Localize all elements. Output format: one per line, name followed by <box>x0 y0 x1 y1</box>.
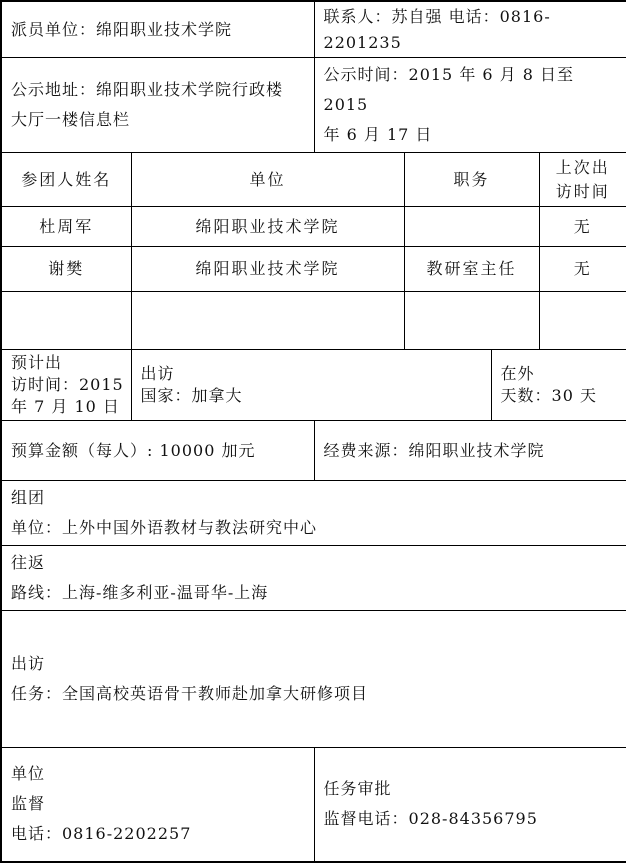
member-name: 谢樊 <box>1 247 131 292</box>
member-position <box>404 292 539 350</box>
sender-unit-cell: 派员单位：绵阳职业技术学院 <box>1 1 314 58</box>
member-unit: 绵阳职业技术学院 <box>131 207 404 247</box>
member-row <box>1 292 626 350</box>
member-header-unit: 单位 <box>131 153 404 207</box>
budget-cell: 预算金额（每人）: 10000 加元 <box>1 421 314 481</box>
member-name: 杜周军 <box>1 207 131 247</box>
country-cell: 出访 国家：加拿大 <box>131 350 491 421</box>
row-notice-info: 公示地址：绵阳职业技术学院行政楼 大厅一楼信息栏 公示时间：2015 年 6 月… <box>1 58 626 153</box>
member-unit <box>131 292 404 350</box>
member-row: 谢樊 绵阳职业技术学院 教研室主任 无 <box>1 247 626 292</box>
member-header-position: 职务 <box>404 153 539 207</box>
row-organizer: 组团 单位：上外中国外语教材与教法研究中心 <box>1 481 626 546</box>
member-header-name: 参团人姓名 <box>1 153 131 207</box>
days-abroad-cell: 在外 天数：30 天 <box>491 350 626 421</box>
planned-date-cell: 预计出 访时间：2015 年 7 月 10 日 <box>1 350 131 421</box>
member-header-last-visit: 上次出 访时间 <box>539 153 626 207</box>
member-last-visit: 无 <box>539 207 626 247</box>
row-sender-contact: 派员单位：绵阳职业技术学院 联系人：苏自强 电话：0816-2201235 <box>1 1 626 58</box>
notice-time-cell: 公示时间：2015 年 6 月 8 日至 2015 年 6 月 17 日 <box>314 58 626 153</box>
row-budget: 预算金额（每人）: 10000 加元 经费来源：绵阳职业技术学院 <box>1 421 626 481</box>
route-cell: 往返 路线：上海-维多利亚-温哥华-上海 <box>1 546 626 611</box>
member-position <box>404 207 539 247</box>
notice-address-cell: 公示地址：绵阳职业技术学院行政楼 大厅一楼信息栏 <box>1 58 314 153</box>
member-last-visit: 无 <box>539 247 626 292</box>
member-position: 教研室主任 <box>404 247 539 292</box>
member-header-row: 参团人姓名 单位 职务 上次出 访时间 <box>1 153 626 207</box>
organizer-cell: 组团 单位：上外中国外语教材与教法研究中心 <box>1 481 626 546</box>
member-row: 杜周军 绵阳职业技术学院 无 <box>1 207 626 247</box>
unit-supervision-phone-cell: 单位 监督 电话：0816-2202257 <box>1 748 314 862</box>
row-trip-schedule: 预计出 访时间：2015 年 7 月 10 日 出访 国家：加拿大 在外 天数：… <box>1 350 626 421</box>
member-unit: 绵阳职业技术学院 <box>131 247 404 292</box>
member-name <box>1 292 131 350</box>
funding-source-cell: 经费来源：绵阳职业技术学院 <box>314 421 626 481</box>
approval-supervision-phone-cell: 任务审批 监督电话：028-84356795 <box>314 748 626 862</box>
task-cell: 出访 任务：全国高校英语骨干教师赴加拿大研修项目 <box>1 611 626 748</box>
row-route: 往返 路线：上海-维多利亚-温哥华-上海 <box>1 546 626 611</box>
row-task: 出访 任务：全国高校英语骨干教师赴加拿大研修项目 <box>1 611 626 748</box>
contact-cell: 联系人：苏自强 电话：0816-2201235 <box>314 1 626 58</box>
row-supervision: 单位 监督 电话：0816-2202257 任务审批 监督电话：028-8435… <box>1 748 626 862</box>
member-last-visit <box>539 292 626 350</box>
notice-document: 派员单位：绵阳职业技术学院 联系人：苏自强 电话：0816-2201235 公示… <box>0 0 626 828</box>
travel-notice-table: 派员单位：绵阳职业技术学院 联系人：苏自强 电话：0816-2201235 公示… <box>0 0 626 863</box>
